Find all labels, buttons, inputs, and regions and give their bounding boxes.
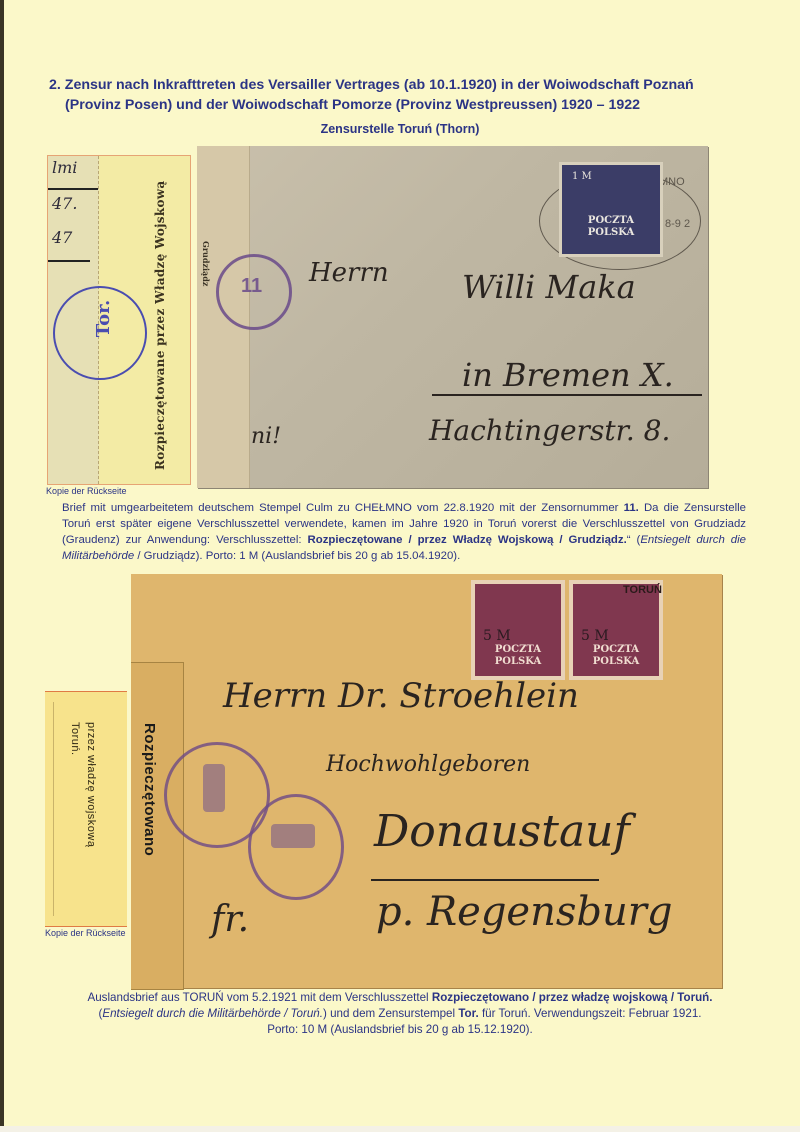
handwriting: 47 (52, 228, 72, 247)
item-2-description: Auslandsbrief aus TORUŃ vom 5.2.1921 mit… (60, 990, 740, 1038)
handwriting: 47. (52, 194, 77, 213)
envelope-front-1: Grudziądz 11 MNO 8-9 2 1 M POCZTAPOLSKA … (197, 146, 708, 488)
address-underline (371, 879, 599, 881)
address-honorific: Hochwohlgeboren (326, 752, 530, 777)
address-underline (432, 394, 702, 396)
address-fragment: ni! (251, 424, 281, 449)
envelope-front-2: Rozpieczętowano 5 M POCZTAPOLSKA 5 M POC… (131, 574, 722, 988)
address-city: in Bremen X. (462, 356, 674, 394)
address-city: Donaustauf (374, 806, 630, 857)
back-copy-2: przez władzę wojskowąToruń. (45, 691, 127, 927)
franked-marking: fr. (211, 899, 249, 940)
title-line-2: (Provinz Posen) und der Woiwodschaft Pom… (49, 95, 749, 115)
page-bottom-edge (0, 1126, 800, 1132)
postmark-text: TORUŃ (623, 584, 662, 596)
back-copy-caption: Kopie der Rückseite (46, 486, 127, 496)
address-region: p. Regensburg (376, 889, 672, 935)
item-1-description: Brief mit umgearbeitetem deutschem Stemp… (62, 500, 746, 564)
back-copy-1: lmi 47. 47 Tor. Rozpieczętowane przez Wł… (47, 155, 191, 485)
address-salutation: Herrn (309, 258, 389, 288)
page-edge (0, 0, 4, 1132)
closure-label-text: Rozpieczętowane przez Władzę Wojskową (153, 160, 183, 470)
handwriting: lmi (52, 158, 77, 177)
address-name: Herrn Dr. Stroehlein (223, 676, 579, 716)
ruled-line (48, 188, 98, 190)
back-copy-caption: Kopie der Rückseite (45, 928, 126, 938)
censor-number-stamp: 11 (216, 254, 292, 330)
ruled-line (48, 260, 90, 262)
censor-stamp-tor: Tor. (53, 286, 147, 380)
postmark-time: 8-9 2 (665, 218, 690, 230)
postage-stamp-1m: 1 M POCZTAPOLSKA (559, 162, 663, 257)
title-line-1: 2. Zensur nach Inkrafttreten des Versail… (49, 77, 694, 93)
address-name: Willi Maka (462, 268, 636, 306)
postage-stamp-5m: 5 M POCZTAPOLSKA (471, 580, 565, 680)
address-street: Hachtingerstr. 8. (429, 414, 670, 447)
page-subtitle: Zensurstelle Toruń (Thorn) (0, 122, 800, 136)
closure-label-text: przez władzę wojskowąToruń. (67, 722, 99, 847)
page-title: 2. Zensur nach Inkrafttreten des Versail… (49, 75, 749, 115)
